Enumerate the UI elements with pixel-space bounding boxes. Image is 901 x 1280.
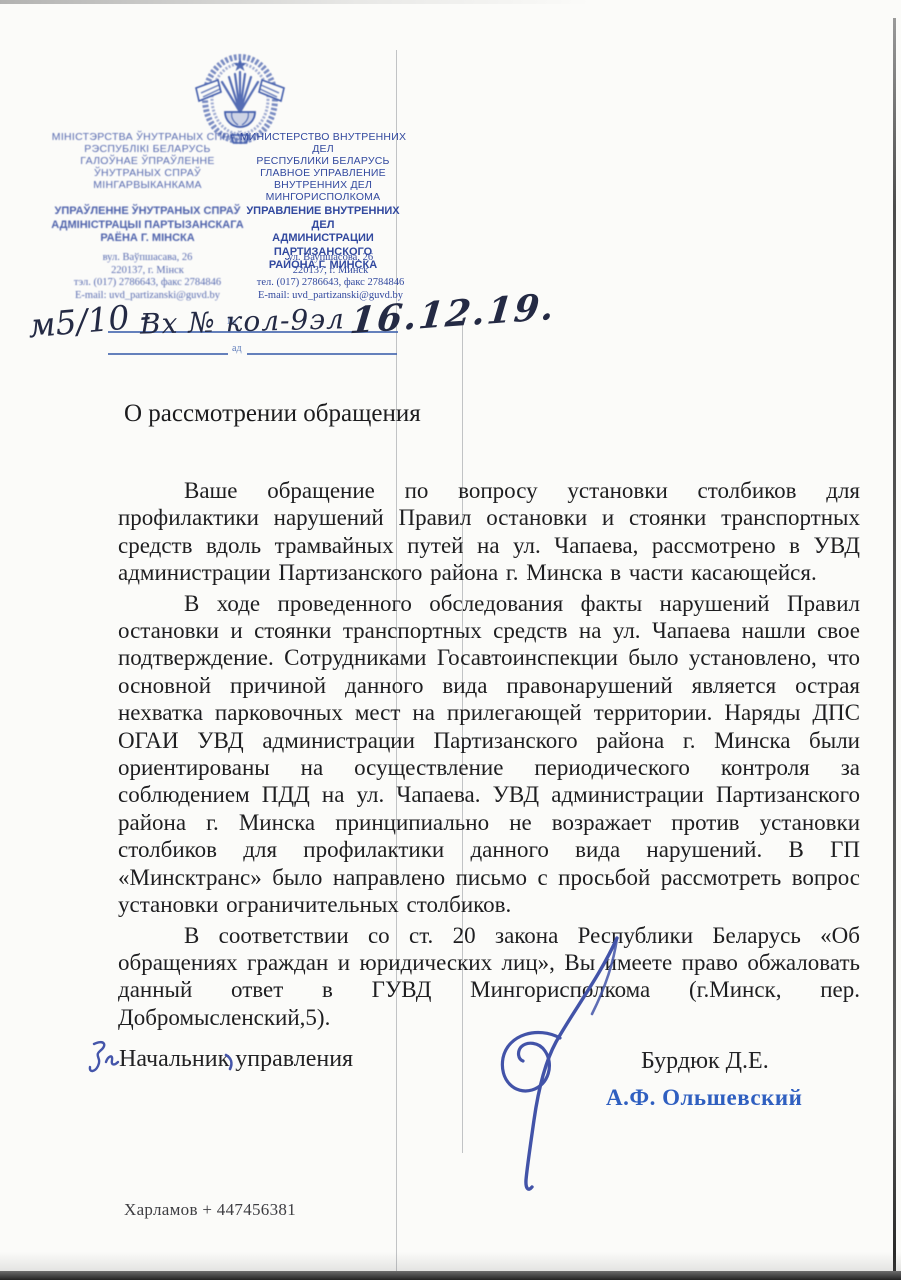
lh-line: 220137, г. Мінск	[50, 265, 245, 278]
lh-line: РАЁНА Г. МІНСКА	[50, 232, 245, 246]
lh-line: АДМІНІСТРАЦЫІ ПАРТЫЗАНСКАГА	[50, 219, 245, 233]
lh-line: РЕСПУБЛИКИ БЕЛАРУСЬ	[238, 155, 408, 167]
lh-line: УПРАВЛЕНИЕ ВНУТРЕННИХ ДЕЛ	[238, 205, 408, 232]
lh-line: МІНІСТЭРСТВА ЎНУТРАНЫХ СПРАЎ	[50, 131, 245, 143]
ministry-name-russian: МИНИСТЕРСТВО ВНУТРЕННИХ ДЕЛ РЕСПУБЛИКИ Б…	[238, 131, 408, 203]
lh-line: МИНИСТЕРСТВО ВНУТРЕННИХ ДЕЛ	[238, 131, 408, 155]
lh-line: РЭСПУБЛІКІ БЕЛАРУСЬ	[50, 143, 245, 155]
handwritten-registration-entry: Вх № кол-9эл	[140, 302, 346, 340]
address-russian: ул. Ваупшасова, 26 220137, г. Минск тел.…	[238, 252, 423, 302]
executor-line: Харламов + 447456381	[124, 1200, 296, 1220]
scan-right-edge	[893, 18, 896, 1280]
handwritten-registration-prefix: м5/10 -	[27, 296, 153, 346]
paragraph-2: В ходе проведенного обследования факты н…	[118, 590, 860, 919]
lh-line: ул. Ваупшасова, 26	[238, 252, 423, 265]
scan-bottom-shadow	[0, 1252, 901, 1271]
lh-line: тел. (017) 2786643, факс 2784846	[238, 277, 423, 290]
ministry-name-belarusian: МІНІСТЭРСТВА ЎНУТРАНЫХ СПРАЎ РЭСПУБЛІКІ …	[50, 131, 245, 191]
paragraph-3: В соответствии со ст. 20 закона Республи…	[118, 922, 860, 1032]
from-label: ад	[232, 343, 242, 354]
lh-line: ВНУТРЕННИХ ДЕЛ	[238, 179, 408, 191]
lh-line: 220137, г. Минск	[238, 265, 423, 278]
registration-date-line-left	[108, 353, 228, 355]
scan-top-smear	[0, 0, 590, 4]
signer-name: Бурдюк Д.Е.	[641, 1048, 769, 1075]
scan-bottom-bar	[0, 1271, 901, 1280]
paragraph-1: Ваше обращение по вопросу установки стол…	[118, 477, 860, 587]
lh-line: ЎНУТРАНЫХ СПРАЎ	[50, 167, 245, 179]
lh-line: вул. Ваўпшасава, 26	[50, 252, 245, 265]
approver-name-stamp: А.Ф. Ольшевский	[606, 1085, 802, 1111]
unit-name-belarusian: УПРАЎЛЕННЕ ЎНУТРАНЫХ СПРАЎ АДМІНІСТРАЦЫІ…	[50, 205, 245, 246]
lh-line: тэл. (017) 2786643, факс 2784846	[50, 277, 245, 290]
letter-subject: О рассмотрении обращения	[124, 400, 860, 428]
scanned-letter-page: МІНІСТЭРСТВА ЎНУТРАНЫХ СПРАЎ РЭСПУБЛІКІ …	[0, 0, 901, 1280]
letter-body: О рассмотрении обращения Ваше обращение …	[118, 400, 860, 1031]
lh-line: ГАЛОЎНАЕ ЎПРАЎЛЕННЕ	[50, 155, 245, 167]
lh-line: МІНГАРВЫКАНКАМА	[50, 179, 245, 191]
address-belarusian: вул. Ваўпшасава, 26 220137, г. Мінск тэл…	[50, 252, 245, 302]
lh-line: УПРАЎЛЕННЕ ЎНУТРАНЫХ СПРАЎ	[50, 205, 245, 219]
lh-line: ГЛАВНОЕ УПРАВЛЕНИЕ	[238, 167, 408, 179]
signer-position-title: Начальник управления	[119, 1046, 353, 1073]
lh-line: МИНГОРИСПОЛКОМА	[238, 191, 408, 203]
registration-date-line-right	[247, 353, 397, 355]
